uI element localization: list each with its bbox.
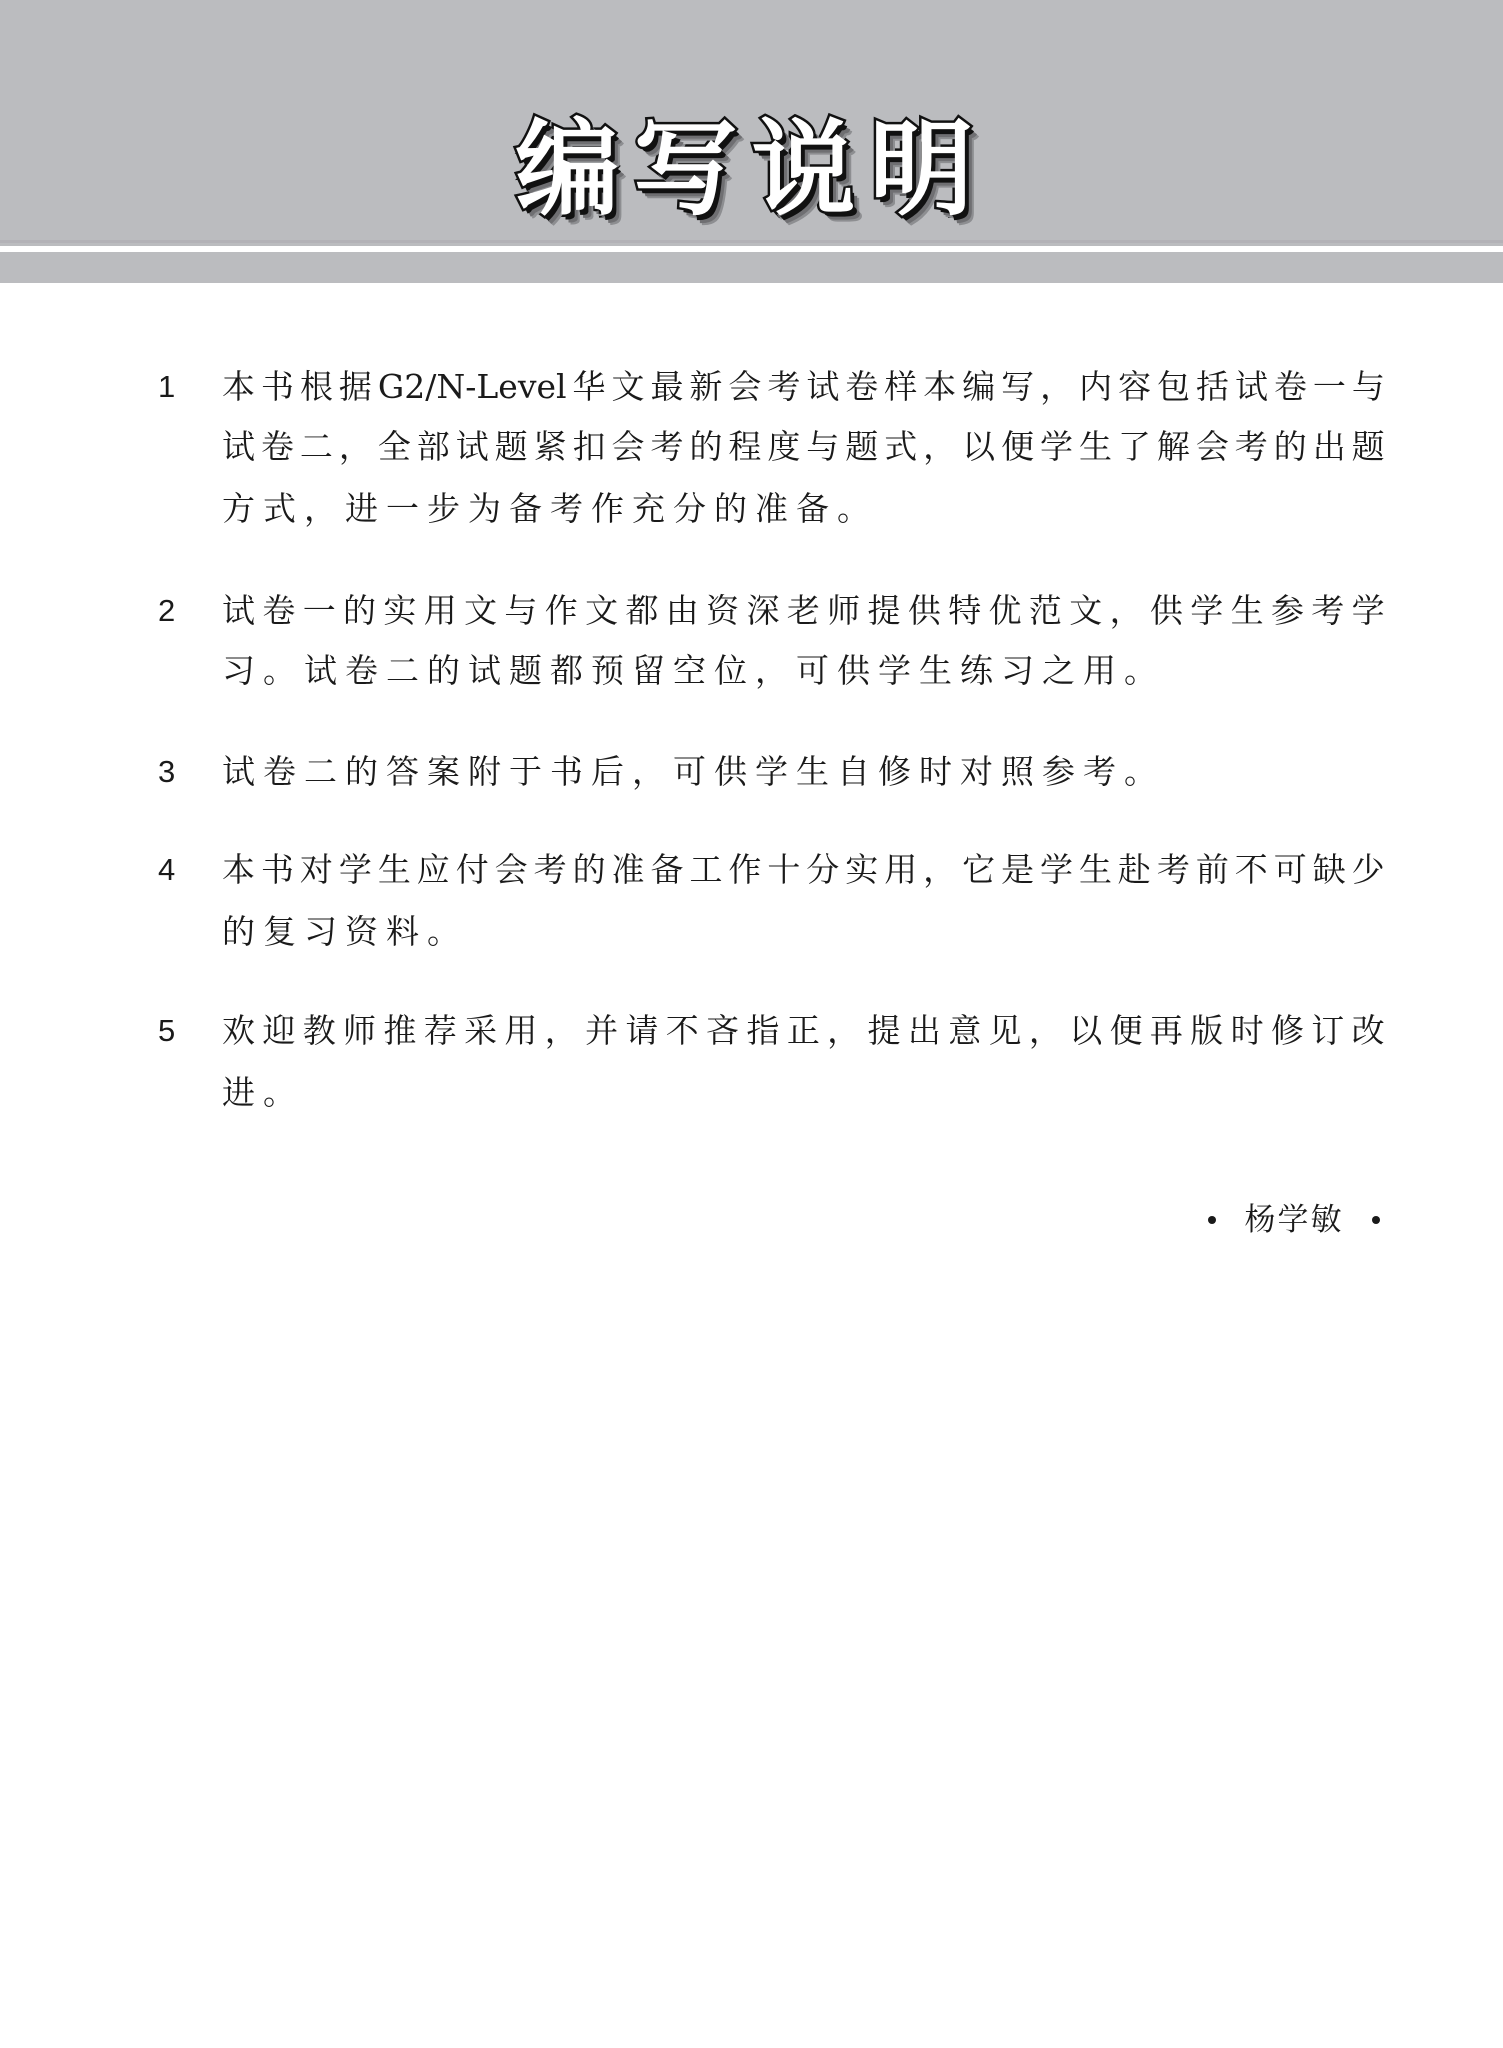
page-title: 编写说明 bbox=[0, 104, 1503, 234]
header-band-lower bbox=[0, 252, 1503, 283]
item-text-line: 进。 bbox=[222, 1073, 304, 1113]
item-text-line: 试卷一的实用文与作文都由资深老师提供特优范文，供学生参考学 bbox=[222, 591, 1385, 631]
item-text-line: 本书根据G2/N-Level华文最新会考试卷样本编写，内容包括试卷一与 bbox=[222, 367, 1385, 407]
item-text-line: 方式，进一步为备考作充分的准备。 bbox=[222, 489, 878, 529]
item-number: 2 bbox=[158, 591, 175, 631]
item-number: 3 bbox=[158, 752, 175, 792]
item-number: 1 bbox=[158, 367, 175, 407]
item-text-line: 欢迎教师推荐采用，并请不吝指正，提出意见，以便再版时修订改 bbox=[222, 1011, 1385, 1051]
header-divider-line bbox=[0, 240, 1503, 243]
item-number: 5 bbox=[158, 1011, 175, 1051]
bullet-dot-icon bbox=[1372, 1216, 1380, 1224]
author-name: 杨学敏 bbox=[1245, 1200, 1344, 1240]
item-text-line: 试卷二，全部试题紧扣会考的程度与题式，以便学生了解会考的出题 bbox=[222, 427, 1385, 467]
item-text-line: 的复习资料。 bbox=[222, 912, 468, 952]
item-number: 4 bbox=[158, 850, 175, 890]
item-text-line: 本书对学生应付会考的准备工作十分实用，它是学生赴考前不可缺少 bbox=[222, 850, 1385, 890]
author-signature: 杨学敏 bbox=[1208, 1200, 1380, 1240]
bullet-dot-icon bbox=[1208, 1216, 1216, 1224]
item-text-line: 试卷二的答案附于书后，可供学生自修时对照参考。 bbox=[222, 752, 1165, 792]
item-text-line: 习。试卷二的试题都预留空位，可供学生练习之用。 bbox=[222, 651, 1165, 691]
